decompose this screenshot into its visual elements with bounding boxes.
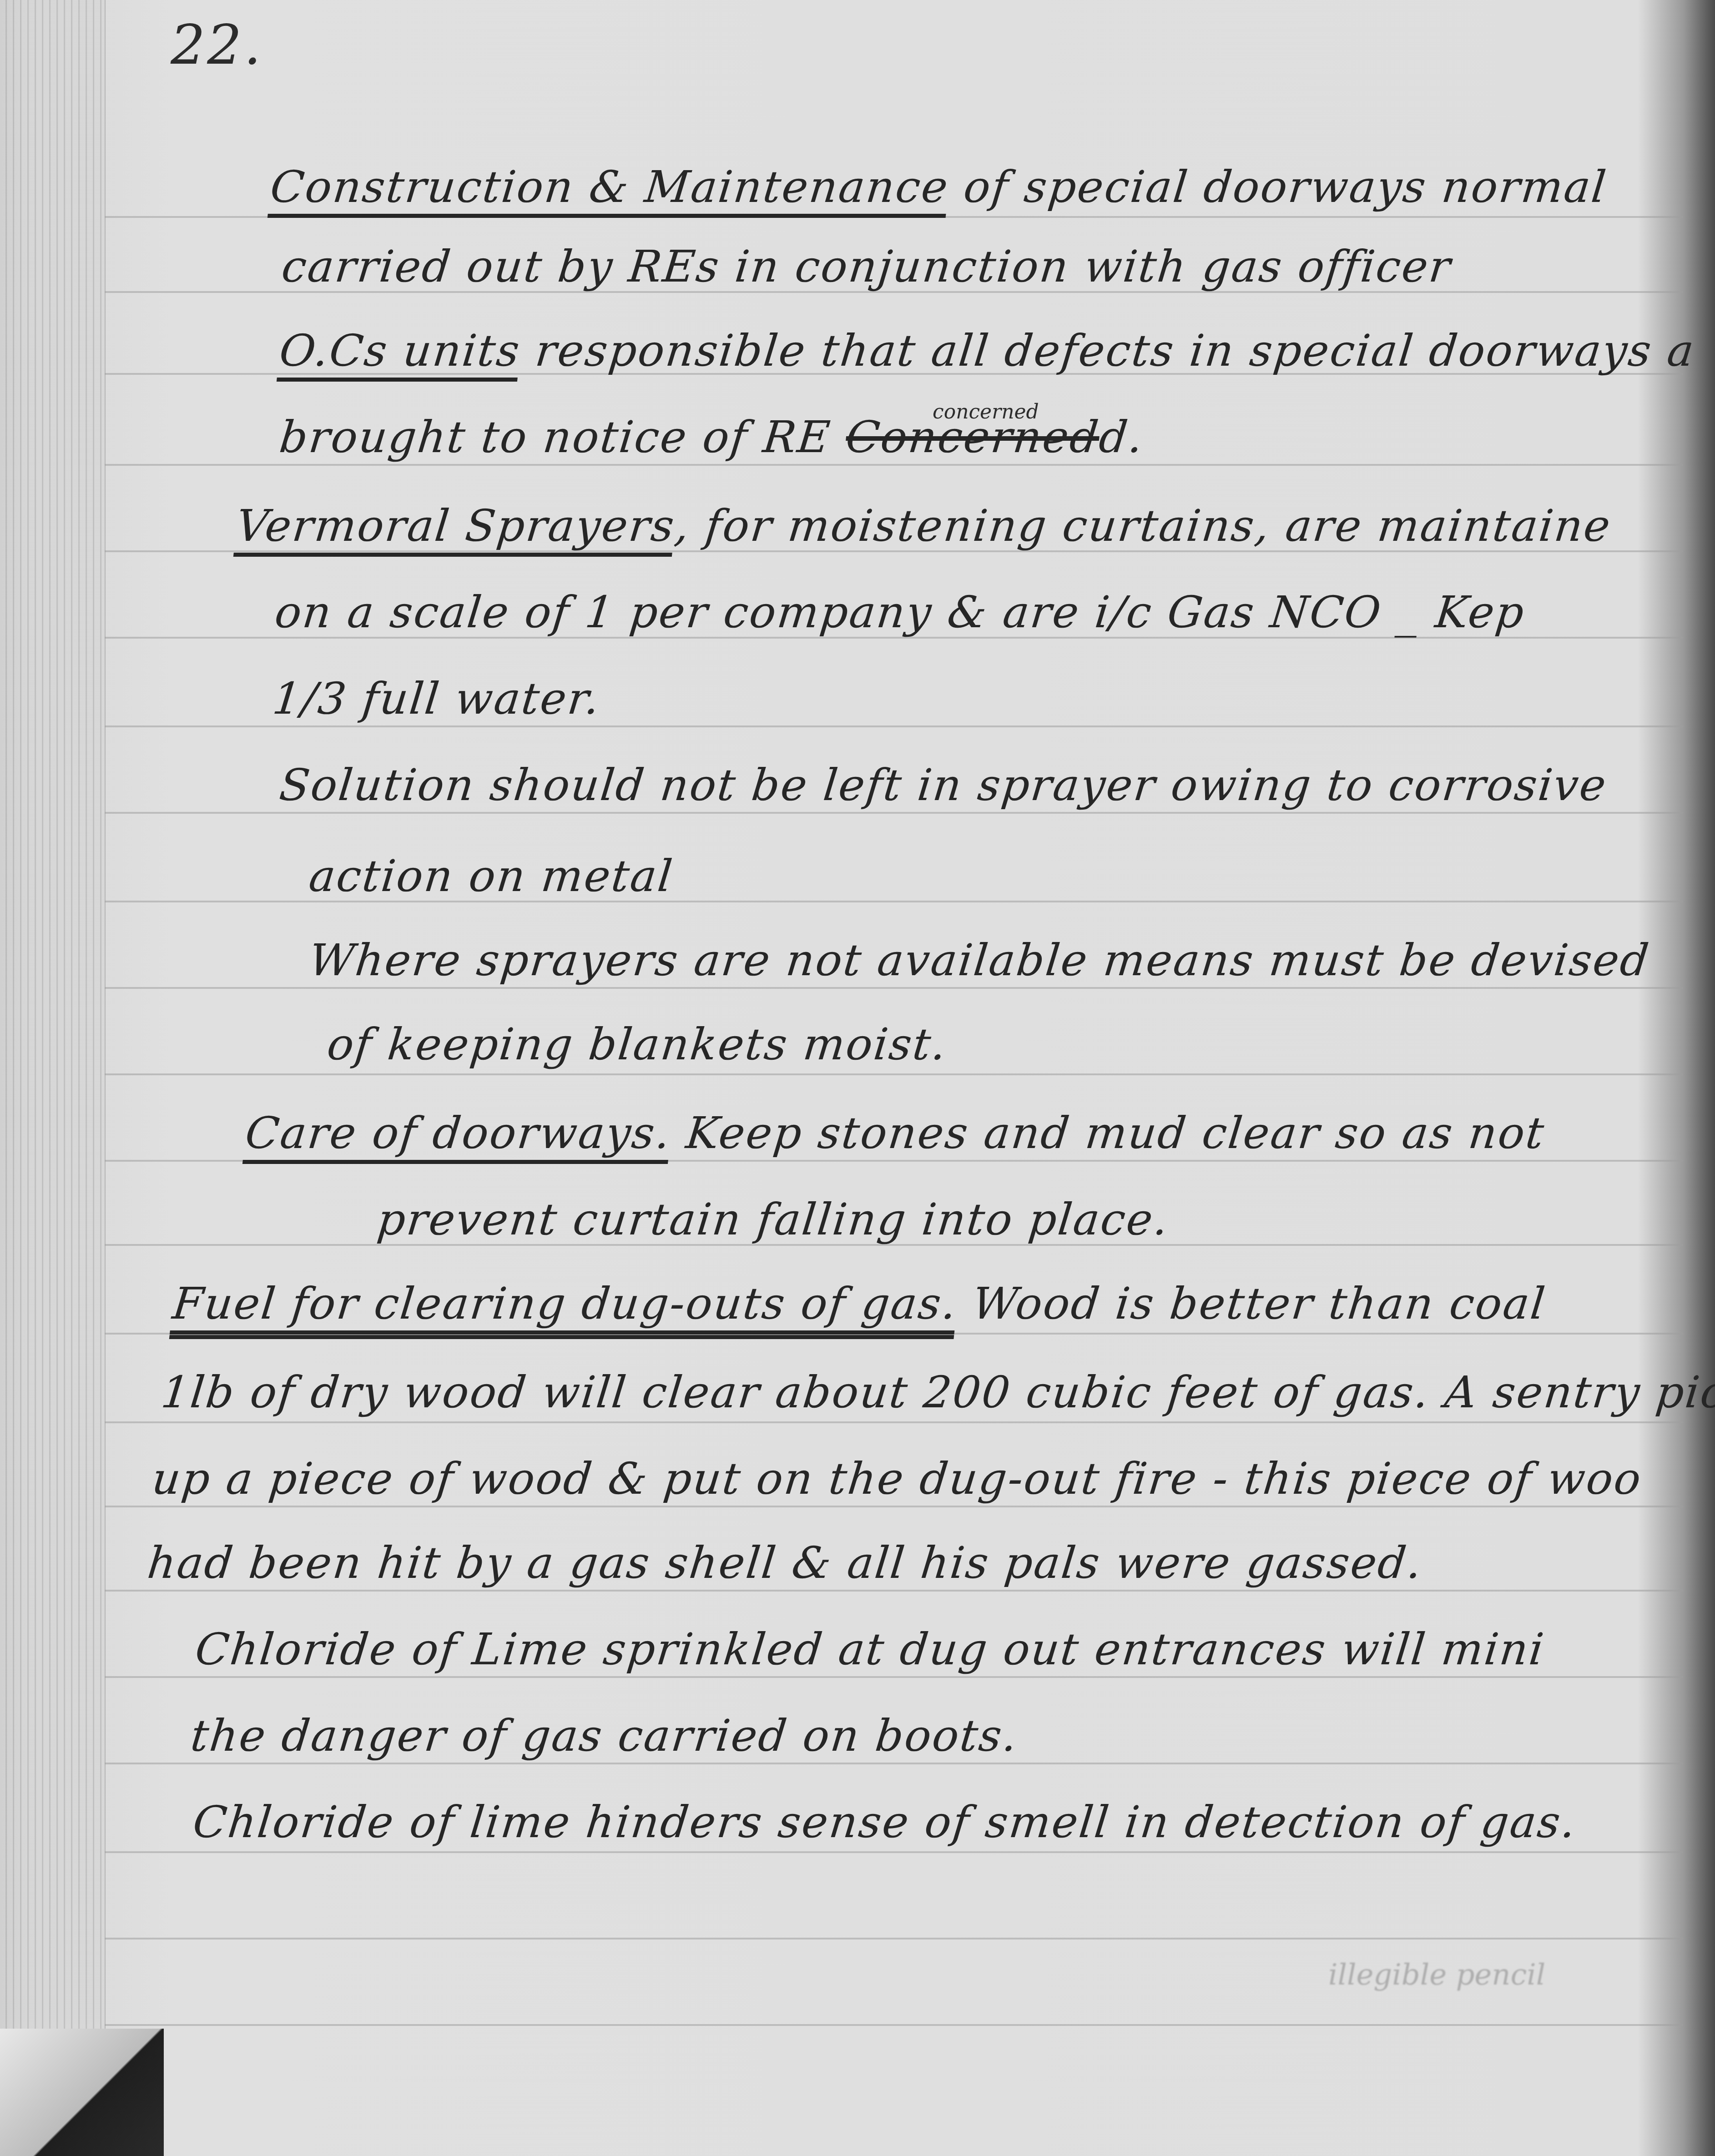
text-line: on a scale of 1 per company & are i/c Ga… [272, 587, 1528, 638]
ruled-line [105, 1590, 1683, 1592]
page-number: 22. [171, 14, 263, 77]
notebook-page: 22. Construction & Maintenance of specia… [0, 0, 1715, 2156]
text-line: carried out by REs in conjunction with g… [279, 241, 1454, 292]
text-line: of keeping blankets moist. [325, 1019, 950, 1070]
text-line: Vermoral Sprayers, for moistening curtai… [234, 500, 1614, 551]
section-heading: Care of doorways. [243, 1108, 674, 1159]
ruled-line [105, 216, 1683, 218]
text-line: up a piece of wood & put on the dug-out … [150, 1453, 1644, 1504]
line-text: , for moistening curtains, are maintaine [672, 500, 1614, 551]
ruled-line [105, 1851, 1683, 1853]
text-line: Where sprayers are not available means m… [307, 935, 1652, 986]
line-text: d. [1097, 412, 1147, 463]
ruled-line [105, 987, 1683, 989]
text-line: Solution should not be left in sprayer o… [277, 760, 1609, 811]
text-line: Care of doorways. Keep stones and mud cl… [243, 1108, 1548, 1159]
ruled-line [105, 1676, 1683, 1678]
line-text: Keep stones and mud clear so as not [668, 1108, 1548, 1159]
worn-page-corner [0, 2029, 164, 2156]
ruled-line [105, 2024, 1683, 2026]
text-line: Construction & Maintenance of special do… [268, 161, 1609, 212]
ruled-line [105, 725, 1683, 727]
text-line: the danger of gas carried on boots. [188, 1710, 1021, 1761]
inserted-correction: concerned [933, 400, 1039, 423]
ruled-line [105, 464, 1683, 466]
text-line: Chloride of Lime sprinkled at dug out en… [193, 1624, 1547, 1675]
section-heading: Fuel for clearing dug-outs of gas. [170, 1278, 960, 1329]
ruled-line [105, 1938, 1683, 1939]
ruled-line [105, 1160, 1683, 1162]
line-text: brought to notice of RE [277, 412, 849, 463]
ruled-line [105, 1763, 1683, 1764]
line-text: responsible that all defects in special … [518, 325, 1698, 376]
margin-line [105, 0, 106, 2156]
ruled-line [105, 1506, 1683, 1507]
faint-pencil-mark: illegible pencil [1328, 1958, 1545, 1992]
section-heading: Construction & Maintenance [268, 161, 951, 212]
ruled-line [105, 1421, 1683, 1423]
line-text: Wood is better than coal [955, 1278, 1549, 1329]
ruled-line [105, 1073, 1683, 1075]
section-heading: O.Cs units [277, 325, 523, 376]
ruled-line [105, 812, 1683, 814]
section-heading: Vermoral Sprayers [234, 500, 678, 551]
text-line: O.Cs units responsible that all defects … [277, 325, 1698, 376]
text-line: action on metal [307, 851, 676, 902]
text-line: Chloride of lime hinders sense of smell … [191, 1797, 1579, 1848]
text-line: 1/3 full water. [270, 673, 603, 724]
text-line: Fuel for clearing dug-outs of gas. Wood … [170, 1278, 1549, 1329]
page-stack-edges [0, 0, 105, 2156]
text-line: 1lb of dry wood will clear about 200 cub… [159, 1367, 1715, 1418]
text-line: had been hit by a gas shell & all his pa… [145, 1537, 1425, 1588]
text-line: prevent curtain falling into place. [375, 1194, 1172, 1245]
ruled-line [105, 1333, 1683, 1335]
line-text: of special doorways normal [946, 161, 1609, 212]
